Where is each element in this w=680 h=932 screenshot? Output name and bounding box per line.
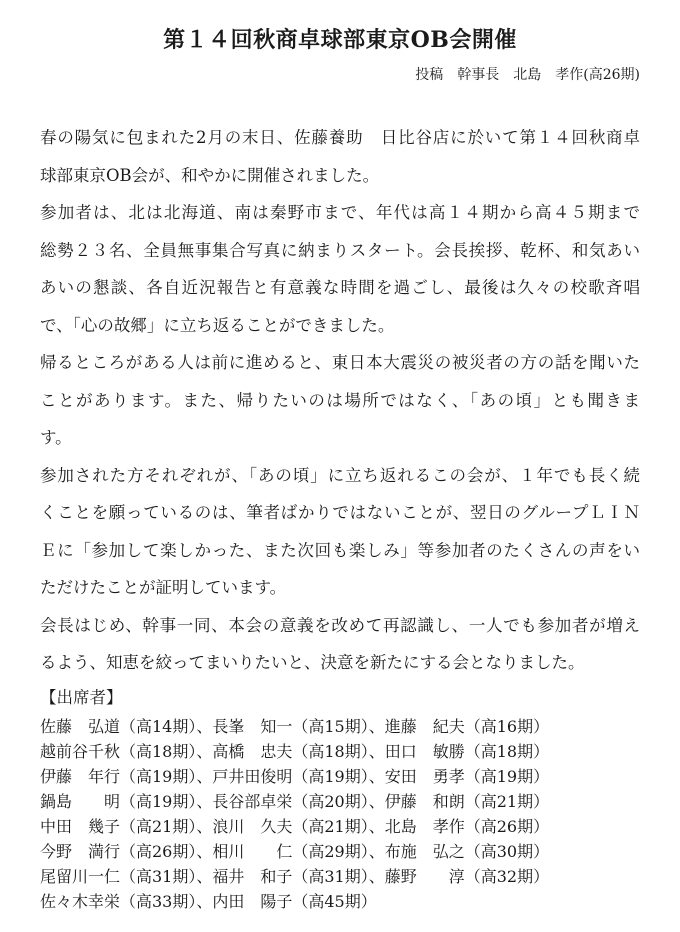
paragraph: 会長はじめ、幹事一同、本会の意義を改めて再認識し、一人でも参加者が増えるよう、知… [40,607,640,682]
body-line: 参加者は、北は北海道、南は秦野市まで、年代は高１４期から高４５期まで [40,194,640,232]
body-line: 帰るところがある人は前に進めると、東日本大震災の被災者の方の話を聞いた [40,344,640,382]
body-line: 春の陽気に包まれた2月の末日、佐藤養助 日比谷店に於いて第１４回秋商卓 [40,119,640,157]
byline: 投稿 幹事長 北島 孝作(高26期) [40,64,640,86]
attendee-line: 中田 幾子（高21期）、浪川 久夫（高21期）、北島 孝作（高26期） [40,814,640,839]
attendee-line: 今野 満行（高26期）、相川 仁（高29期）、布施 弘之（高30期） [40,839,640,864]
paragraph: 春の陽気に包まれた2月の末日、佐藤養助 日比谷店に於いて第１４回秋商卓球部東京O… [40,119,640,194]
attendee-line: 越前谷千秋（高18期）、高橋 忠夫（高18期）、田口 敏勝（高18期） [40,739,640,764]
body-line: ただけたことが証明しています。 [40,569,640,607]
body-text: 春の陽気に包まれた2月の末日、佐藤養助 日比谷店に於いて第１４回秋商卓球部東京O… [40,119,640,682]
paragraph: 参加者は、北は北海道、南は秦野市まで、年代は高１４期から高４５期まで総勢２３名、… [40,194,640,344]
body-line: るよう、知恵を絞ってまいりたいと、決意を新たにする会となりました。 [40,644,640,682]
attendee-line: 佐藤 弘道（高14期）、長峯 知一（高15期）、進藤 紀夫（高16期） [40,714,640,739]
document-title: 第１４回秋商卓球部東京OB会開催 [40,24,640,56]
body-line: Ｅに「参加して楽しかった、また次回も楽しみ」等参加者のたくさんの声をい [40,532,640,570]
document-page: 第１４回秋商卓球部東京OB会開催 投稿 幹事長 北島 孝作(高26期) 春の陽気… [0,0,680,932]
body-line: 球部東京OB会が、和やかに開催されました。 [40,157,640,195]
attendees-heading: 【出席者】 [40,682,640,714]
body-line: 会長はじめ、幹事一同、本会の意義を改めて再認識し、一人でも参加者が増え [40,607,640,645]
body-line: ことがあります。また、帰りたいのは場所ではなく、「あの頃」とも聞きま [40,382,640,420]
paragraph: 帰るところがある人は前に進めると、東日本大震災の被災者の方の話を聞いたことがあり… [40,344,640,457]
body-line: 総勢２３名、全員無事集合写真に納まりスタート。会長挨拶、乾杯、和気あい [40,232,640,270]
body-line: あいの懇談、各自近況報告と有意義な時間を過ごし、最後は久々の校歌斉唱 [40,269,640,307]
attendee-line: 尾留川一仁（高31期）、福井 和子（高31期）、藤野 淳（高32期） [40,864,640,889]
body-line: す。 [40,419,640,457]
paragraph: 参加された方それぞれが、「あの頃」に立ち返れるこの会が、１年でも長く続くことを願… [40,457,640,607]
body-line: で、「心の故郷」に立ち返ることができました。 [40,307,640,345]
attendee-line: 伊藤 年行（高19期）、戸井田俊明（高19期）、安田 勇孝（高19期） [40,764,640,789]
attendee-line: 佐々木幸栄（高33期）、内田 陽子（高45期） [40,889,640,914]
body-line: くことを願っているのは、筆者ばかりではないことが、翌日のグループＬＩＮ [40,494,640,532]
attendees-list: 佐藤 弘道（高14期）、長峯 知一（高15期）、進藤 紀夫（高16期）越前谷千秋… [40,714,640,914]
attendee-line: 鍋島 明（高19期）、長谷部卓栄（高20期）、伊藤 和朗（高21期） [40,789,640,814]
body-line: 参加された方それぞれが、「あの頃」に立ち返れるこの会が、１年でも長く続 [40,457,640,495]
